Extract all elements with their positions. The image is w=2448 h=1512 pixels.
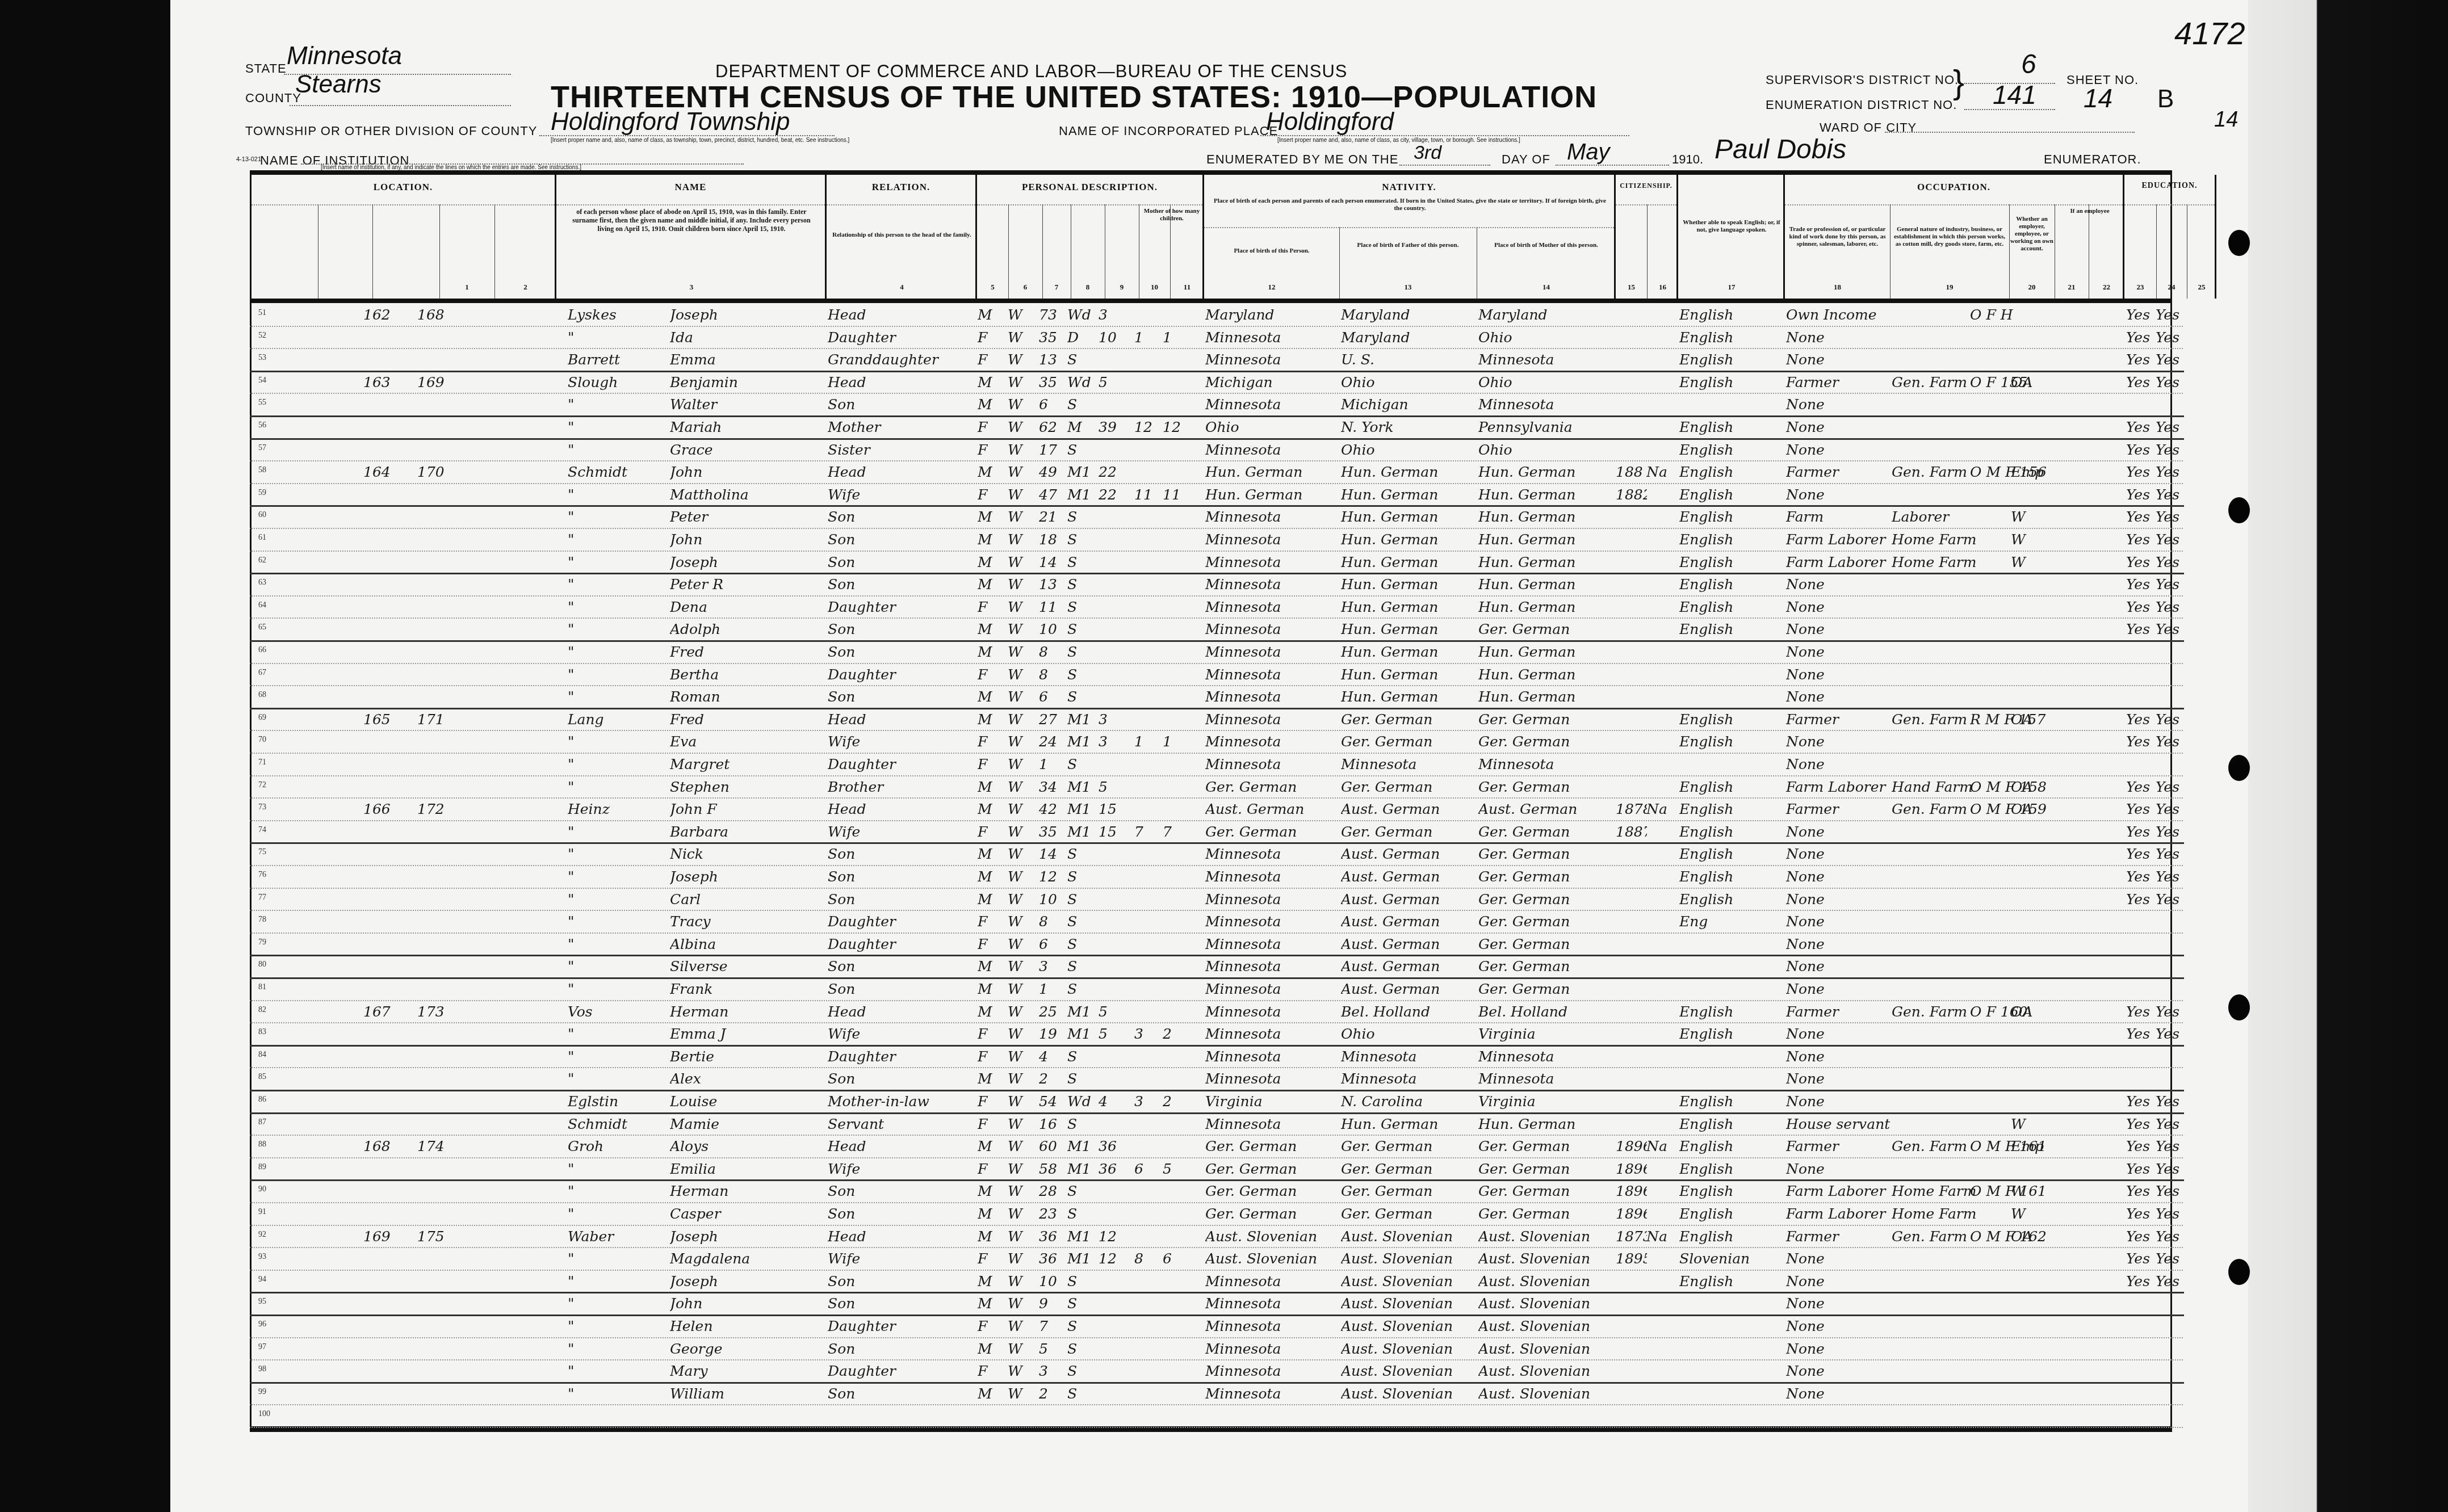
can-write: Yes (2156, 438, 2185, 461)
age: 8 (1039, 640, 1067, 663)
can-read: Yes (2126, 708, 2156, 730)
can-write (2156, 393, 2185, 415)
children-living: 5 (1163, 1157, 1197, 1180)
immigration-year (1616, 708, 1647, 730)
immigration-year (1616, 618, 1647, 640)
dwelling-number (363, 551, 414, 573)
race: W (1008, 595, 1039, 618)
language: English (1679, 505, 1784, 528)
dwelling-number (363, 933, 414, 955)
given-name: Emma (670, 348, 840, 371)
given-name: Mary (670, 1359, 840, 1382)
home-ownership (1970, 663, 2095, 686)
father-birthplace: Hun. German (1341, 663, 1477, 686)
line-number-left: 64 (258, 601, 266, 610)
can-write (2156, 1404, 2185, 1427)
relation: Wife (828, 1022, 975, 1045)
home-ownership: O M F 162 (1970, 1225, 2095, 1248)
years-married (1099, 640, 1130, 663)
home-ownership (1970, 685, 2095, 708)
birthplace: Maryland (1205, 303, 1340, 326)
given-name: William (670, 1382, 840, 1405)
children-born (1134, 348, 1163, 371)
relation: Daughter (828, 933, 975, 955)
scan-border-right (2248, 0, 2448, 1512)
given-name: Peter (670, 505, 840, 528)
race: W (1008, 1359, 1039, 1382)
can-write: Yes (2156, 371, 2185, 393)
trade: None (1786, 933, 1891, 955)
age: 11 (1039, 595, 1067, 618)
trade: None (1786, 820, 1891, 843)
naturalization (1646, 1045, 1678, 1068)
children-born (1134, 393, 1163, 415)
trade: Farmer (1786, 1225, 1891, 1248)
children-born (1134, 708, 1163, 730)
children-living: 6 (1163, 1247, 1197, 1270)
relation: Wife (828, 1157, 975, 1180)
relation: Daughter (828, 910, 975, 933)
naturalization (1646, 1359, 1678, 1382)
sex: F (978, 595, 1006, 618)
given-name: Tracy (670, 910, 840, 933)
line-number-left: 74 (258, 826, 266, 835)
line-number-left: 73 (258, 803, 266, 812)
relation: Son (828, 551, 975, 573)
marital-status: S (1067, 528, 1099, 551)
birthplace: Ger. German (1205, 1157, 1340, 1180)
sex: M (978, 1000, 1006, 1023)
children-living (1163, 1112, 1197, 1135)
trade: None (1786, 1022, 1891, 1045)
can-write (2156, 933, 2185, 955)
can-write: Yes (2156, 730, 2185, 753)
home-ownership (1970, 933, 2095, 955)
race: W (1008, 888, 1039, 910)
given-name: Fred (670, 708, 840, 730)
children-born: 7 (1134, 820, 1163, 843)
children-living (1163, 348, 1197, 371)
children-born (1134, 1225, 1163, 1248)
immigration-year: 1887 (1616, 820, 1647, 843)
language: English (1679, 371, 1784, 393)
children-born (1134, 663, 1163, 686)
age: 54 (1039, 1090, 1067, 1112)
mother-birthplace: Ger. German (1478, 865, 1615, 888)
language (1679, 685, 1784, 708)
home-ownership: O F 160 (1970, 1000, 2095, 1023)
given-name: Joseph (670, 865, 840, 888)
naturalization (1646, 483, 1678, 506)
table-row: 70 " Eva Wife F W 24 M1 3 1 1 Minnesota … (0, 730, 2448, 754)
father-birthplace: Hun. German (1341, 573, 1477, 595)
language: English (1679, 1225, 1784, 1248)
immigration-year (1616, 1022, 1647, 1045)
birthplace: Aust. Slovenian (1205, 1225, 1340, 1248)
age: 36 (1039, 1225, 1067, 1248)
marital-status: S (1067, 393, 1099, 415)
language (1679, 955, 1784, 977)
birthplace: Minnesota (1205, 1292, 1340, 1314)
family-number (417, 955, 474, 977)
language (1679, 1337, 1784, 1360)
age: 28 (1039, 1179, 1067, 1202)
table-row: 86 Eglstin Louise Mother-in-law F W 54 W… (0, 1090, 2448, 1114)
years-married (1099, 888, 1130, 910)
marital-status: S (1067, 753, 1099, 775)
naturalization (1646, 730, 1678, 753)
race: W (1008, 685, 1039, 708)
race: W (1008, 505, 1039, 528)
naturalization (1646, 348, 1678, 371)
mother-birthplace: Hun. German (1478, 685, 1615, 708)
home-ownership (1970, 1202, 2095, 1225)
mother-birthplace (1478, 1404, 1615, 1427)
table-row: 83 " Emma J Wife F W 19 M1 5 3 2 Minneso… (0, 1022, 2448, 1047)
home-ownership (1970, 842, 2095, 865)
given-name: Frank (670, 977, 840, 1000)
birthplace: Minnesota (1205, 910, 1340, 933)
father-birthplace: Hun. German (1341, 595, 1477, 618)
birthplace: Minnesota (1205, 1382, 1340, 1405)
can-write: Yes (2156, 865, 2185, 888)
given-name: Bertha (670, 663, 840, 686)
children-born: 3 (1134, 1090, 1163, 1112)
marital-status: S (1067, 1359, 1099, 1382)
table-row: 79 " Albina Daughter F W 6 S Minnesota A… (0, 933, 2448, 957)
language (1679, 1404, 1784, 1427)
immigration-year (1616, 1045, 1647, 1068)
marital-status: S (1067, 1179, 1099, 1202)
family-number (417, 505, 474, 528)
family-number (417, 663, 474, 686)
can-read: Yes (2126, 505, 2156, 528)
mother-birthplace: Aust. Slovenian (1478, 1337, 1615, 1360)
immigration-year: 1882 (1616, 483, 1647, 506)
table-row: 71 " Margret Daughter F W 1 S Minnesota … (0, 753, 2448, 776)
dwelling-number (363, 1022, 414, 1045)
given-name: Carl (670, 888, 840, 910)
line-number-left: 75 (258, 848, 266, 857)
father-birthplace: Minnesota (1341, 1045, 1477, 1068)
years-married (1099, 618, 1130, 640)
years-married: 3 (1099, 303, 1130, 326)
relation: Son (828, 573, 975, 595)
can-read: Yes (2126, 573, 2156, 595)
trade: None (1786, 1292, 1891, 1314)
can-read (2126, 1067, 2156, 1090)
years-married (1099, 1179, 1130, 1202)
home-ownership: O M F 158 (1970, 775, 2095, 798)
race: W (1008, 303, 1039, 326)
language: English (1679, 842, 1784, 865)
home-ownership: O M F 156 (1970, 460, 2095, 483)
language: English (1679, 1202, 1784, 1225)
trade: Farm Laborer (1786, 1179, 1891, 1202)
can-write: Yes (2156, 1090, 2185, 1112)
children-living (1163, 505, 1197, 528)
immigration-year (1616, 595, 1647, 618)
dwelling-number (363, 1112, 414, 1135)
birthplace: Minnesota (1205, 933, 1340, 955)
line-number-left: 94 (258, 1275, 266, 1284)
children-living (1163, 977, 1197, 1000)
marital-status: M1 (1067, 1247, 1099, 1270)
dwelling-number (363, 1247, 414, 1270)
mother-birthplace: Ger. German (1478, 977, 1615, 1000)
naturalization (1646, 933, 1678, 955)
years-married: 39 (1099, 415, 1130, 438)
immigration-year (1616, 393, 1647, 415)
given-name: Herman (670, 1000, 840, 1023)
trade: None (1786, 1270, 1891, 1292)
marital-status: M1 (1067, 1135, 1099, 1157)
can-write (2156, 1067, 2185, 1090)
years-married (1099, 842, 1130, 865)
race: W (1008, 348, 1039, 371)
age: 10 (1039, 888, 1067, 910)
children-living (1163, 460, 1197, 483)
dwelling-number (363, 393, 414, 415)
table-row: 53 Barrett Emma Granddaughter F W 13 S M… (0, 348, 2448, 372)
children-living (1163, 1179, 1197, 1202)
birthplace: Aust. Slovenian (1205, 1247, 1340, 1270)
can-write: Yes (2156, 820, 2185, 843)
language: English (1679, 1179, 1784, 1202)
naturalization (1646, 842, 1678, 865)
age: 12 (1039, 865, 1067, 888)
children-living (1163, 708, 1197, 730)
sex: M (978, 1225, 1006, 1248)
birthplace: Ger. German (1205, 775, 1340, 798)
age: 14 (1039, 842, 1067, 865)
immigration-year (1616, 1314, 1647, 1337)
relation (828, 1404, 975, 1427)
sex: M (978, 888, 1006, 910)
family-number (417, 753, 474, 775)
father-birthplace: Aust. German (1341, 888, 1477, 910)
given-name: Nick (670, 842, 840, 865)
given-name (670, 1404, 840, 1427)
mother-birthplace: Hun. German (1478, 573, 1615, 595)
trade: House servant (1786, 1112, 1891, 1135)
line-number-left: 68 (258, 691, 266, 700)
children-born (1134, 933, 1163, 955)
given-name: John F (670, 797, 840, 820)
given-name: Benjamin (670, 371, 840, 393)
table-row: 77 " Carl Son M W 10 S Minnesota Aust. G… (0, 888, 2448, 912)
language: English (1679, 1157, 1784, 1180)
can-read: Yes (2126, 730, 2156, 753)
marital-status: S (1067, 1067, 1099, 1090)
years-married: 4 (1099, 1090, 1130, 1112)
given-name: Mariah (670, 415, 840, 438)
race: W (1008, 1022, 1039, 1045)
can-write: Yes (2156, 326, 2185, 348)
race: W (1008, 1314, 1039, 1337)
punch-hole (2228, 755, 2250, 781)
years-married (1099, 1404, 1130, 1427)
sex: M (978, 551, 1006, 573)
children-living (1163, 303, 1197, 326)
language: English (1679, 708, 1784, 730)
table-row: 91 " Casper Son M W 23 S Ger. German Ger… (0, 1202, 2448, 1226)
immigration-year: 1878 (1616, 797, 1647, 820)
can-write: Yes (2156, 1179, 2185, 1202)
trade: None (1786, 326, 1891, 348)
children-living (1163, 910, 1197, 933)
marital-status: M1 (1067, 1000, 1099, 1023)
can-read: Yes (2126, 551, 2156, 573)
language (1679, 1045, 1784, 1068)
immigration-year (1616, 1359, 1647, 1382)
children-born (1134, 977, 1163, 1000)
age: 21 (1039, 505, 1067, 528)
relation: Son (828, 1067, 975, 1090)
years-married (1099, 1270, 1130, 1292)
immigration-year (1616, 663, 1647, 686)
given-name: Emma J (670, 1022, 840, 1045)
given-name: John (670, 528, 840, 551)
language: English (1679, 1000, 1784, 1023)
naturalization (1646, 1090, 1678, 1112)
sex: M (978, 528, 1006, 551)
naturalization (1646, 1022, 1678, 1045)
home-ownership (1970, 1090, 2095, 1112)
sex: F (978, 1157, 1006, 1180)
mother-birthplace: Minnesota (1478, 1067, 1615, 1090)
marital-status: M1 (1067, 820, 1099, 843)
relation: Head (828, 797, 975, 820)
table-row: 59 " Mattholina Wife F W 47 M1 22 11 11 … (0, 483, 2448, 507)
trade: Farmer (1786, 1000, 1891, 1023)
birthplace: Michigan (1205, 371, 1340, 393)
dwelling-number (363, 1090, 414, 1112)
children-born (1134, 797, 1163, 820)
mother-birthplace: Minnesota (1478, 753, 1615, 775)
mother-birthplace: Ger. German (1478, 730, 1615, 753)
sex: M (978, 1292, 1006, 1314)
birthplace (1205, 1404, 1340, 1427)
line-number-left: 76 (258, 871, 266, 880)
naturalization (1646, 551, 1678, 573)
line-number-left: 62 (258, 556, 266, 565)
sex: M (978, 1179, 1006, 1202)
immigration-year (1616, 528, 1647, 551)
immigration-year: 1896 (1616, 1202, 1647, 1225)
sex: M (978, 371, 1006, 393)
trade: None (1786, 1045, 1891, 1068)
can-read: Yes (2126, 438, 2156, 461)
naturalization (1646, 1202, 1678, 1225)
dwelling-number (363, 842, 414, 865)
dwelling-number (363, 753, 414, 775)
table-row: 97 " George Son M W 5 S Minnesota Aust. … (0, 1337, 2448, 1361)
home-ownership (1970, 1270, 2095, 1292)
age: 4 (1039, 1045, 1067, 1068)
family-number (417, 865, 474, 888)
can-read (2126, 1314, 2156, 1337)
trade: None (1786, 888, 1891, 910)
line-number-left: 84 (258, 1051, 266, 1060)
line-number-left: 61 (258, 534, 266, 543)
relation: Mother-in-law (828, 1090, 975, 1112)
children-living (1163, 438, 1197, 461)
can-read (2126, 1404, 2156, 1427)
relation: Sister (828, 438, 975, 461)
marital-status: S (1067, 640, 1099, 663)
margin-mark: 14 (2214, 108, 2238, 132)
trade: Farmer (1786, 708, 1891, 730)
race: W (1008, 573, 1039, 595)
children-living (1163, 888, 1197, 910)
language: English (1679, 303, 1784, 326)
table-row: 76 " Joseph Son M W 12 S Minnesota Aust.… (0, 865, 2448, 889)
language: English (1679, 438, 1784, 461)
years-married (1099, 1359, 1130, 1382)
can-read (2126, 1359, 2156, 1382)
home-ownership (1970, 955, 2095, 977)
family-number (417, 618, 474, 640)
marital-status: D (1067, 326, 1099, 348)
sex: F (978, 753, 1006, 775)
naturalization (1646, 326, 1678, 348)
can-read: Yes (2126, 842, 2156, 865)
age: 47 (1039, 483, 1067, 506)
home-ownership (1970, 1045, 2095, 1068)
language: English (1679, 618, 1784, 640)
line-number-left: 79 (258, 938, 266, 947)
age (1039, 1404, 1067, 1427)
given-name: Aloys (670, 1135, 840, 1157)
birthplace: Minnesota (1205, 1270, 1340, 1292)
given-name: Casper (670, 1202, 840, 1225)
table-row: 55 " Walter Son M W 6 S Minnesota Michig… (0, 393, 2448, 417)
can-read: Yes (2126, 775, 2156, 798)
children-living (1163, 797, 1197, 820)
children-born (1134, 1404, 1163, 1427)
can-write (2156, 1337, 2185, 1360)
marital-status: M1 (1067, 797, 1099, 820)
immigration-year (1616, 1090, 1647, 1112)
table-row: 94 " Joseph Son M W 10 S Minnesota Aust.… (0, 1270, 2448, 1294)
father-birthplace: Aust. Slovenian (1341, 1247, 1477, 1270)
line-number-left: 69 (258, 713, 266, 723)
birthplace: Minnesota (1205, 955, 1340, 977)
table-row: 100 100 (0, 1404, 2448, 1428)
given-name: Louise (670, 1090, 840, 1112)
language (1679, 977, 1784, 1000)
children-living (1163, 955, 1197, 977)
marital-status: S (1067, 842, 1099, 865)
birthplace: Minnesota (1205, 1359, 1340, 1382)
relation: Wife (828, 483, 975, 506)
children-born: 12 (1134, 415, 1163, 438)
dwelling-number (363, 977, 414, 1000)
can-write: Yes (2156, 460, 2185, 483)
punch-hole (2228, 230, 2250, 256)
language (1679, 640, 1784, 663)
relation: Son (828, 393, 975, 415)
mother-birthplace: Ohio (1478, 371, 1615, 393)
children-born: 8 (1134, 1247, 1163, 1270)
naturalization (1646, 371, 1678, 393)
children-born (1134, 528, 1163, 551)
children-living (1163, 393, 1197, 415)
mother-birthplace: Maryland (1478, 303, 1615, 326)
line-number-left: 85 (258, 1073, 266, 1082)
years-married (1099, 573, 1130, 595)
